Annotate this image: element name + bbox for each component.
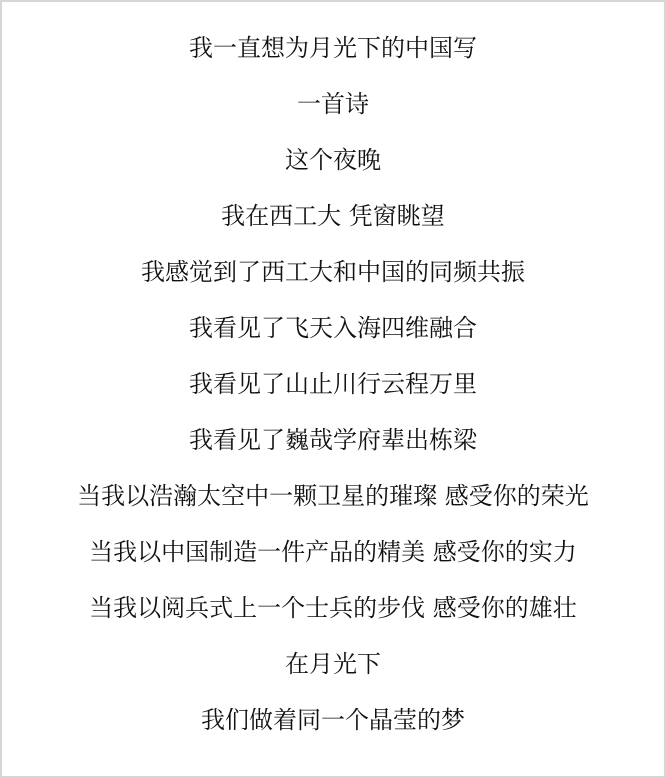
poem-line-4: 我在西工大 凭窗眺望 bbox=[2, 200, 664, 256]
poem-line-5: 我感觉到了西工大和中国的同频共振 bbox=[2, 256, 664, 312]
poem-line-7: 我看见了山止川行云程万里 bbox=[2, 368, 664, 424]
poem-line-9: 当我以浩瀚太空中一颗卫星的璀璨 感受你的荣光 bbox=[2, 480, 664, 536]
poem-line-2: 一首诗 bbox=[2, 88, 664, 144]
poem-line-13: 我们做着同一个晶莹的梦 bbox=[2, 704, 664, 760]
poem-line-8: 我看见了巍哉学府辈出栋梁 bbox=[2, 424, 664, 480]
poem-line-1: 我一直想为月光下的中国写 bbox=[2, 32, 664, 88]
poem-line-11: 当我以阅兵式上一个士兵的步伐 感受你的雄壮 bbox=[2, 592, 664, 648]
poem-line-12: 在月光下 bbox=[2, 648, 664, 704]
document-page: 我一直想为月光下的中国写 一首诗 这个夜晚 我在西工大 凭窗眺望 我感觉到了西工… bbox=[0, 0, 666, 778]
poem-line-6: 我看见了飞天入海四维融合 bbox=[2, 312, 664, 368]
poem-body: 我一直想为月光下的中国写 一首诗 这个夜晚 我在西工大 凭窗眺望 我感觉到了西工… bbox=[2, 32, 664, 760]
poem-line-3: 这个夜晚 bbox=[2, 144, 664, 200]
poem-line-10: 当我以中国制造一件产品的精美 感受你的实力 bbox=[2, 536, 664, 592]
